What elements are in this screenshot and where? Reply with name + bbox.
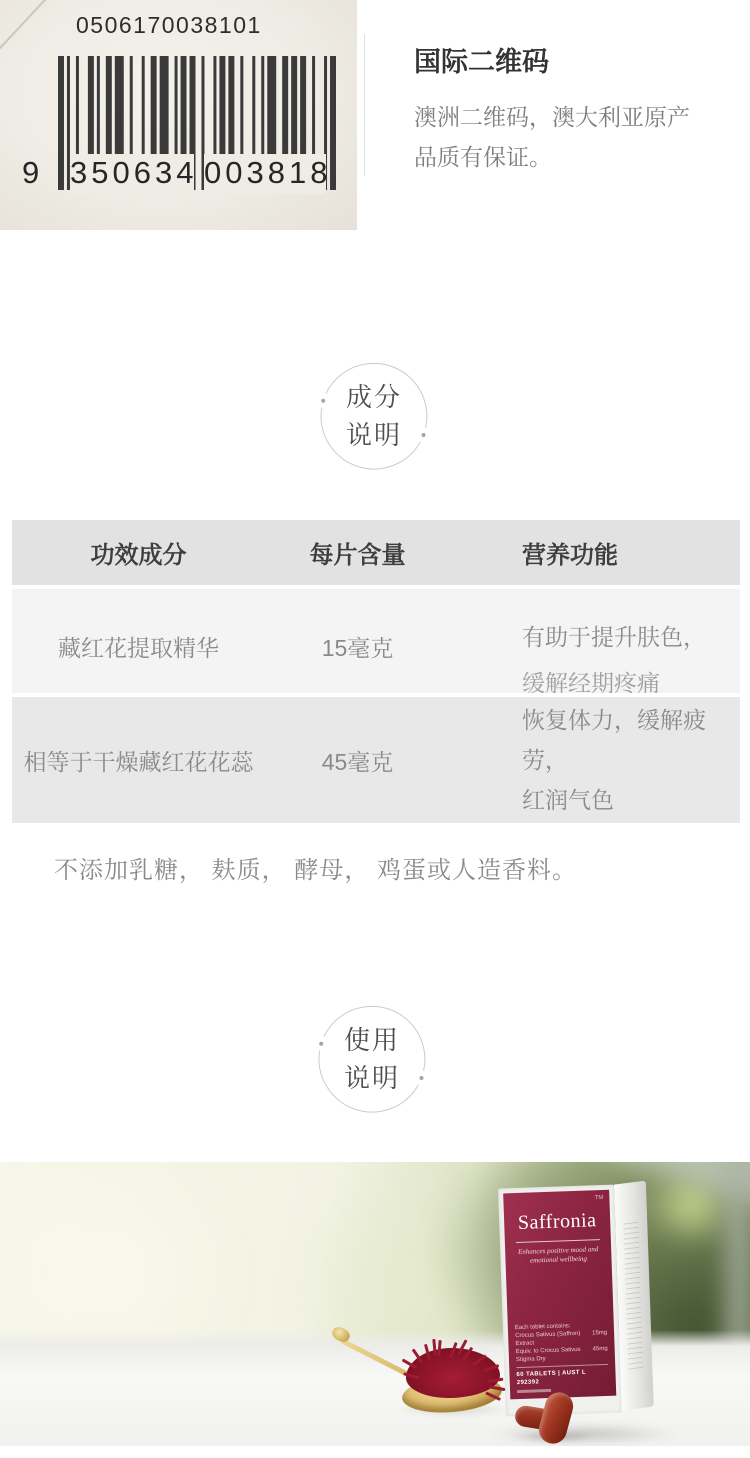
cell-component: 相等于干燥藏红花花蕊 bbox=[12, 744, 265, 777]
cell-function: 有助于提升肤色， 缓解经期疼痛 bbox=[450, 589, 740, 693]
section-title: 国际二维码 bbox=[414, 40, 734, 79]
description-line: 品质有保证。 bbox=[414, 144, 552, 170]
box-label-panel: TM Saffronia Enhances positive mood and … bbox=[503, 1190, 616, 1400]
panel-spacer bbox=[506, 1263, 614, 1325]
box-front-face: TM Saffronia Enhances positive mood and … bbox=[498, 1185, 622, 1417]
saffron-thread bbox=[437, 1340, 441, 1356]
function-line: 恢复体力，缓解疲劳， bbox=[522, 700, 740, 780]
tablets-count-line: 60 TABLETS | AUST L 292392 bbox=[516, 1368, 609, 1387]
saffron-thread bbox=[462, 1347, 473, 1362]
header-cell-amount: 每片含量 bbox=[265, 535, 450, 570]
brand-name: Saffronia bbox=[504, 1209, 611, 1236]
barcode-photo: 0506170038101 9 350634 003818 bbox=[0, 0, 357, 230]
ingredient-row: Equiv. to Crocus Sativus Stigma Dry 45mg bbox=[516, 1345, 609, 1364]
cell-component: 藏红花提取精华 bbox=[12, 630, 265, 663]
table-header-row: 功效成分 每片含量 营养功能 bbox=[12, 520, 740, 585]
usage-section-badge: 使用 说明 bbox=[317, 1004, 427, 1114]
trademark-mark: TM bbox=[595, 1195, 604, 1201]
cell-amount: 45毫克 bbox=[265, 744, 450, 777]
box-ingredient-text: Each tablet contains: Crocus Sativus (Sa… bbox=[515, 1321, 609, 1393]
badge-line: 成分 bbox=[346, 378, 402, 416]
brand-underline bbox=[516, 1239, 600, 1243]
ingredient-amount: 15mg bbox=[592, 1329, 608, 1346]
product-photo: TM Saffronia Enhances positive mood and … bbox=[0, 1162, 750, 1446]
header-cell-component: 功效成分 bbox=[12, 535, 265, 570]
barcode-digit-group: 9 bbox=[22, 154, 54, 194]
saffron-thread bbox=[483, 1364, 499, 1372]
saffron-threads bbox=[406, 1348, 500, 1398]
barcode-digit-group: 350634 bbox=[70, 154, 194, 194]
ingredient-amount: 45mg bbox=[593, 1345, 609, 1362]
ingredients-section-badge: 成分 说明 bbox=[319, 361, 429, 471]
badge-label: 成分 说明 bbox=[319, 361, 429, 471]
label-edge-line bbox=[0, 0, 59, 49]
international-barcode-blurb: 国际二维码 澳洲二维码，澳大利亚原产 品质有保证。 bbox=[414, 40, 734, 177]
description-line: 澳洲二维码，澳大利亚原产 bbox=[414, 104, 690, 130]
function-line: 红润气色 bbox=[522, 780, 740, 820]
label-fine-print bbox=[517, 1389, 551, 1393]
badge-label: 使用 说明 bbox=[317, 1004, 427, 1114]
cell-amount: 15毫克 bbox=[265, 630, 450, 663]
section-description: 澳洲二维码，澳大利亚原产 品质有保证。 bbox=[414, 97, 734, 177]
header-cell-function: 营养功能 bbox=[450, 535, 740, 570]
ingredients-table: 功效成分 每片含量 营养功能 藏红花提取精华 15毫克 有助于提升肤色， 缓解经… bbox=[12, 520, 740, 823]
badge-line: 说明 bbox=[346, 416, 402, 454]
cell-function: 恢复体力，缓解疲劳， 红润气色 bbox=[450, 700, 740, 820]
vertical-divider bbox=[364, 34, 365, 176]
function-line-clipped: 缓解经期疼痛 bbox=[522, 663, 740, 693]
product-detail-page: 0506170038101 9 350634 003818 国际二维码 澳洲二维… bbox=[0, 0, 750, 1458]
badge-line: 使用 bbox=[344, 1021, 400, 1059]
ingredient-name: Equiv. to Crocus Sativus Stigma Dry bbox=[516, 1345, 593, 1364]
barcode-top-number: 0506170038101 bbox=[76, 12, 262, 39]
saffron-thread bbox=[472, 1354, 487, 1365]
no-additives-note: 不添加乳糖， 麸质， 酵母， 鸡蛋或人造香料。 bbox=[54, 850, 577, 885]
saffron-thread bbox=[403, 1373, 419, 1380]
product-box: TM Saffronia Enhances positive mood and … bbox=[498, 1183, 654, 1420]
side-text-lines bbox=[623, 1222, 643, 1374]
barcode-digit-group: 003818 bbox=[204, 154, 326, 194]
function-line: 有助于提升肤色， bbox=[522, 617, 740, 657]
badge-line: 说明 bbox=[344, 1059, 400, 1097]
table-row: 相等于干燥藏红花花蕊 45毫克 恢复体力，缓解疲劳， 红润气色 bbox=[12, 697, 740, 823]
table-row: 藏红花提取精华 15毫克 有助于提升肤色， 缓解经期疼痛 bbox=[12, 589, 740, 693]
